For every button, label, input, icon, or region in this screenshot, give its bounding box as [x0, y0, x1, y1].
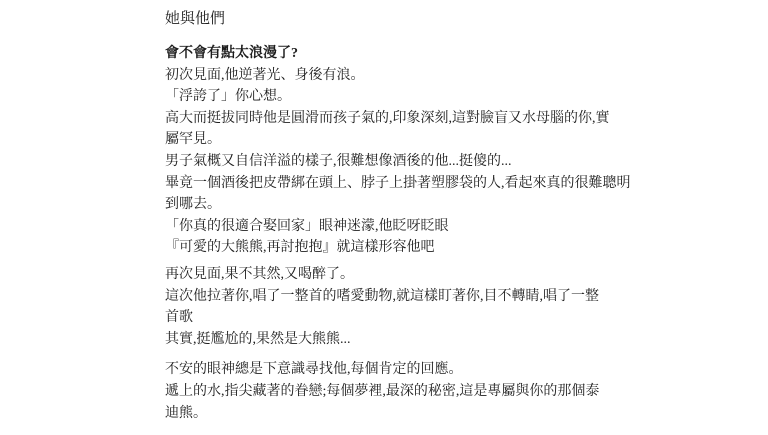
text-line: 這次他拉著你,唱了一整首的嗜愛動物,就這樣盯著你,目不轉睛,唱了一整: [165, 286, 628, 308]
paragraph-1: 會不會有點太浪漫了? 初次見面,他逆著光、身後有浪。 「浮誇了」你心想。 高大而…: [165, 43, 628, 259]
text-line: 再次見面,果不其然,又喝醉了。: [165, 264, 628, 286]
paragraph-2: 再次見面,果不其然,又喝醉了。 這次他拉著你,唱了一整首的嗜愛動物,就這樣盯著你…: [165, 264, 628, 350]
text-line: 迪熊。: [165, 403, 628, 425]
text-line: 首歌: [165, 307, 628, 329]
text-line: 其實,挺尷尬的,果然是大熊熊...: [165, 329, 628, 351]
text-line: 不安的眼神總是下意識尋找他,每個肯定的回應。: [165, 359, 628, 381]
paragraph-3: 不安的眼神總是下意識尋找他,每個肯定的回應。 遞上的水,指尖藏著的眷戀;每個夢裡…: [165, 359, 628, 424]
text-line: 男子氣概又自信洋溢的樣子,很難想像酒後的他...挺傻的...: [165, 151, 628, 173]
text-line: 會不會有點太浪漫了?: [165, 43, 628, 65]
text-line: 「你真的很適合娶回家」眼神迷濛,他眨呀眨眼: [165, 216, 628, 238]
text-line: 到哪去。: [165, 194, 628, 216]
text-line: 遞上的水,指尖藏著的眷戀;每個夢裡,最深的秘密,這是專屬與你的那個泰: [165, 381, 628, 403]
text-line: 高大而挺拔同時他是圓滑而孩子氣的,印象深刻,這對臉盲又水母腦的你,實: [165, 108, 628, 130]
text-line: 初次見面,他逆著光、身後有浪。: [165, 65, 628, 87]
text-line: 『可愛的大熊熊,再討抱抱』就這樣形容他吧: [165, 237, 628, 259]
text-line: 畢竟一個酒後把皮帶綁在頭上、脖子上掛著塑膠袋的人,看起來真的很難聰明: [165, 173, 628, 195]
text-line: 「浮誇了」你心想。: [165, 86, 628, 108]
document-page: 她與他們 會不會有點太浪漫了? 初次見面,他逆著光、身後有浪。 「浮誇了」你心想…: [0, 0, 768, 435]
text-line: 屬罕見。: [165, 129, 628, 151]
document-title: 她與他們: [165, 8, 628, 30]
